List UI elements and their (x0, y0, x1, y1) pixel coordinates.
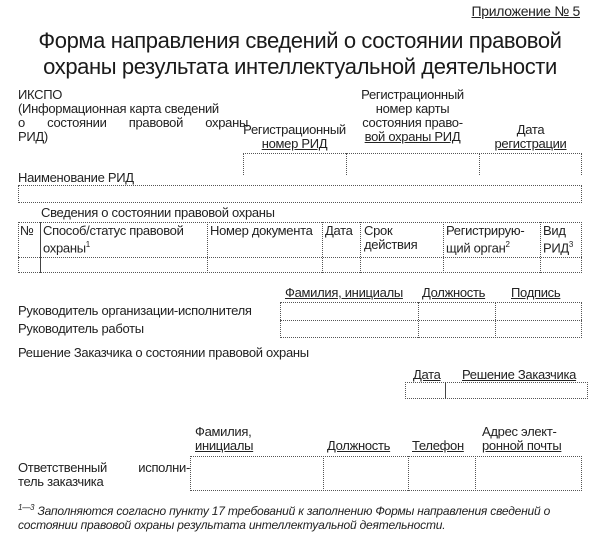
rid-name-label: Наименование РИД (18, 171, 134, 185)
col-date-header: Дата (325, 224, 353, 238)
footnote: 1—3 Заполняются согласно пункту 17 требо… (18, 501, 584, 532)
appendix-label: Приложение № 5 (472, 3, 581, 19)
reg-date-field[interactable] (479, 153, 583, 175)
decision-col-date: Дата (413, 368, 441, 382)
col-method-header: Способ/статус правовой охраны1 (43, 224, 205, 255)
resp-col-name: Фамилия,инициалы (195, 425, 253, 453)
card-number-header: Регистрационный номер карты состояния пр… (346, 88, 479, 144)
table-row[interactable] (18, 258, 582, 272)
resp-col-email: Адрес элект-ронной почты (482, 425, 561, 453)
sig-col-signature: Подпись (511, 286, 560, 300)
col-registrar-header: Регистрирую-щий орган2 (446, 224, 536, 255)
protection-section-title: Сведения о состоянии правовой охраны (41, 206, 275, 220)
form-title-line-2: охраны результата интеллектуальной деяте… (0, 54, 600, 79)
work-head-label: Руководитель работы (18, 322, 144, 336)
responsible-table[interactable] (190, 456, 582, 491)
col-doc-number-header: Номер документа (210, 224, 313, 238)
card-number-field[interactable] (346, 153, 480, 175)
form-title-line-1: Форма направления сведений о состоянии п… (0, 28, 600, 53)
ikspo-block: ИКСПО (Информационная карта сведений о с… (18, 88, 248, 144)
reg-number-header: Регистрационный номер РИД (243, 123, 346, 151)
col-rid-type-header: Вид РИД3 (543, 224, 579, 255)
ikspo-line-1: (Информационная карта сведений (18, 102, 248, 116)
sig-col-name: Фамилия, инициалы (285, 286, 403, 300)
responsible-label: Ответственный исполни- тель заказчика (18, 461, 190, 489)
col-term-header: Срок действия (364, 224, 424, 252)
org-head-label: Руководитель организации-исполнителя (18, 304, 252, 318)
ikspo-line-3: РИД) (18, 130, 248, 144)
sig-col-position: Должность (422, 286, 485, 300)
reg-date-header: Дата регистрации (479, 123, 582, 151)
customer-decision-title: Решение Заказчика о состоянии правовой о… (18, 346, 309, 360)
ikspo-line-2: о состоянии правовой охраны (18, 116, 248, 130)
rid-name-field[interactable] (18, 185, 582, 203)
reg-number-field[interactable] (243, 153, 347, 175)
decision-col-decision: Решение Заказчика (462, 368, 576, 382)
ikspo-abbr: ИКСПО (18, 88, 248, 102)
resp-col-phone: Телефон (412, 439, 464, 453)
col-number-header: № (20, 224, 34, 238)
footnote-marker: 1—3 (18, 503, 34, 512)
resp-col-position: Должность (327, 439, 390, 453)
customer-decision-table[interactable] (405, 382, 588, 399)
